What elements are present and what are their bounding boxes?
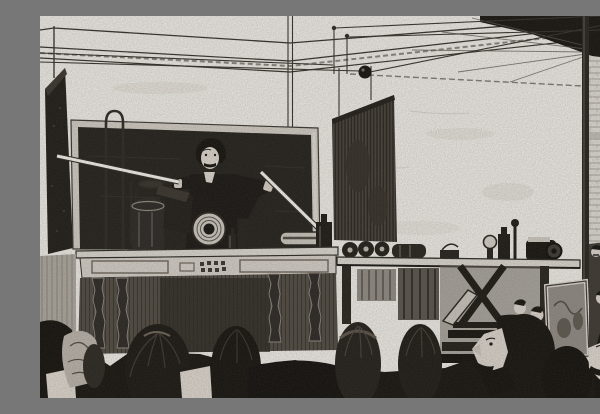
engraving-tesla-lecture	[40, 16, 600, 398]
print-grain	[40, 16, 600, 398]
